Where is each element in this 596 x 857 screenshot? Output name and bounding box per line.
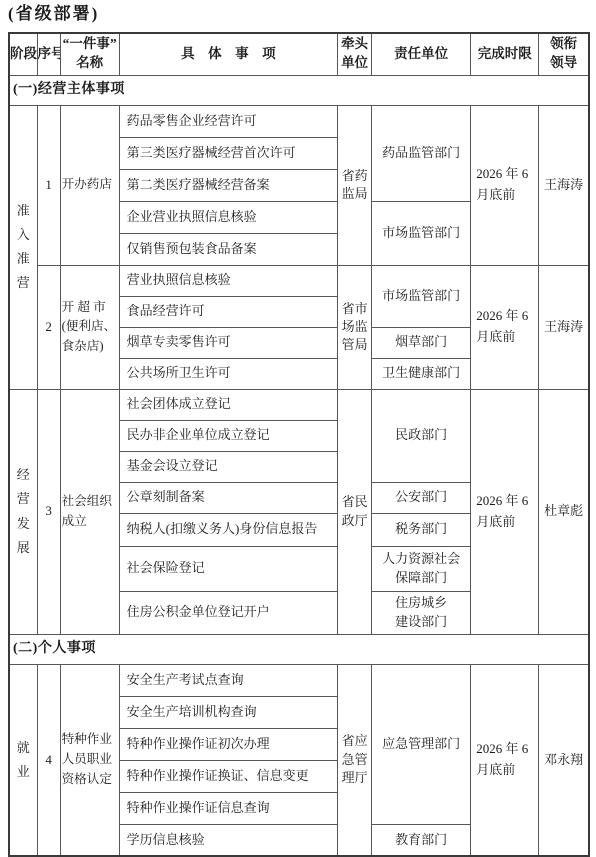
responsible-unit-cell: 市场监管部门 xyxy=(372,265,471,327)
col-header-name: “一件事” 名称 xyxy=(60,33,119,75)
section-row: (二)个人事项 xyxy=(9,634,589,664)
leader-cell: 杜章彪 xyxy=(539,389,589,634)
responsible-unit-cell: 教育部门 xyxy=(372,824,471,856)
responsible-unit-cell: 税务部门 xyxy=(372,513,471,546)
stage-cell: 就业 xyxy=(9,664,37,856)
table-row: 经营发展 3 社会组织 成立 社会团体成立登记 省民 政厅 民政部门 2026 … xyxy=(9,389,589,420)
name-cell: 开 超 市 (便利店、 食杂店) xyxy=(60,265,119,389)
name-cell: 特种作业 人员职业 资格认定 xyxy=(60,664,119,856)
seq-cell: 2 xyxy=(37,265,60,389)
lead-unit-cell: 省药 监局 xyxy=(338,105,372,265)
stage-label: 准入准营 xyxy=(16,199,31,295)
deadline-cell: 2026 年 6 月底前 xyxy=(471,664,539,856)
responsible-unit-cell: 住房城乡 建设部门 xyxy=(372,591,471,634)
name-cell: 社会组织 成立 xyxy=(60,389,119,634)
item-cell: 社会保险登记 xyxy=(119,546,337,591)
table-row: 就业 4 特种作业 人员职业 资格认定 安全生产考试点查询 省应 急管 理厅 应… xyxy=(9,664,589,696)
item-cell: 企业营业执照信息核验 xyxy=(119,201,337,233)
deployment-table: 阶段 序号 “一件事” 名称 具 体 事 项 牵头 单位 责任单位 完成时限 领… xyxy=(8,32,590,857)
stage-label: 就业 xyxy=(16,736,31,784)
item-cell: 安全生产培训机构查询 xyxy=(119,696,337,728)
page-title: (省级部署) xyxy=(8,4,590,24)
seq-cell: 4 xyxy=(37,664,60,856)
responsible-unit-cell: 应急管理部门 xyxy=(372,664,471,824)
item-cell: 药品零售企业经营许可 xyxy=(119,105,337,137)
col-header-item: 具 体 事 项 xyxy=(119,33,337,75)
item-cell: 社会团体成立登记 xyxy=(119,389,337,420)
deadline-cell: 2026 年 6 月底前 xyxy=(471,105,539,265)
responsible-unit-cell: 公安部门 xyxy=(372,482,471,513)
col-header-seq: 序号 xyxy=(37,33,60,75)
table-row: 2 开 超 市 (便利店、 食杂店) 营业执照信息核验 省市 场监 管局 市场监… xyxy=(9,265,589,296)
col-header-deadline: 完成时限 xyxy=(471,33,539,75)
deadline-cell: 2026 年 6 月底前 xyxy=(471,265,539,389)
item-cell: 公共场所卫生许可 xyxy=(119,358,337,389)
item-cell: 住房公积金单位登记开户 xyxy=(119,591,337,634)
item-cell: 第三类医疗器械经营首次许可 xyxy=(119,137,337,169)
col-header-lead-unit: 牵头 单位 xyxy=(338,33,372,75)
section-label: (二)个人事项 xyxy=(9,634,589,664)
header-row: 阶段 序号 “一件事” 名称 具 体 事 项 牵头 单位 责任单位 完成时限 领… xyxy=(9,33,589,75)
lead-unit-cell: 省应 急管 理厅 xyxy=(338,664,372,856)
leader-cell: 邓永翔 xyxy=(539,664,589,856)
responsible-unit-cell: 民政部门 xyxy=(372,389,471,482)
seq-cell: 3 xyxy=(37,389,60,634)
item-cell: 第二类医疗器械经营备案 xyxy=(119,169,337,201)
stage-cell: 经营发展 xyxy=(9,389,37,634)
item-cell: 营业执照信息核验 xyxy=(119,265,337,296)
leader-cell: 王海涛 xyxy=(539,265,589,389)
col-header-stage: 阶段 xyxy=(9,33,37,75)
table-row: 准入准营 1 开办药店 药品零售企业经营许可 省药 监局 药品监管部门 2026… xyxy=(9,105,589,137)
responsible-unit-cell: 市场监管部门 xyxy=(372,201,471,265)
section-row: (一)经营主体事项 xyxy=(9,75,589,105)
item-cell: 纳税人(扣缴义务人)身份信息报告 xyxy=(119,513,337,546)
lead-unit-cell: 省市 场监 管局 xyxy=(338,265,372,389)
responsible-unit-cell: 药品监管部门 xyxy=(372,105,471,201)
stage-label: 经营发展 xyxy=(16,463,31,559)
deadline-cell: 2026 年 6 月底前 xyxy=(471,389,539,634)
item-cell: 特种作业操作证信息查询 xyxy=(119,792,337,824)
item-cell: 学历信息核验 xyxy=(119,824,337,856)
document-page: (省级部署) 阶段 序号 “一件事” 名称 具 体 事 项 牵头 单位 责任单位… xyxy=(0,0,596,857)
responsible-unit-cell: 卫生健康部门 xyxy=(372,358,471,389)
item-cell: 基金会设立登记 xyxy=(119,451,337,482)
stage-cell: 准入准营 xyxy=(9,105,37,389)
name-cell: 开办药店 xyxy=(60,105,119,265)
item-cell: 特种作业操作证初次办理 xyxy=(119,728,337,760)
item-cell: 公章刻制备案 xyxy=(119,482,337,513)
seq-cell: 1 xyxy=(37,105,60,265)
item-cell: 民办非企业单位成立登记 xyxy=(119,420,337,451)
col-header-leader: 领衔 领导 xyxy=(539,33,589,75)
item-cell: 仅销售预包装食品备案 xyxy=(119,233,337,265)
item-cell: 安全生产考试点查询 xyxy=(119,664,337,696)
item-cell: 烟草专卖零售许可 xyxy=(119,327,337,358)
section-label: (一)经营主体事项 xyxy=(9,75,589,105)
col-header-responsible-unit: 责任单位 xyxy=(372,33,471,75)
item-cell: 特种作业操作证换证、信息变更 xyxy=(119,760,337,792)
lead-unit-cell: 省民 政厅 xyxy=(338,389,372,634)
item-cell: 食品经营许可 xyxy=(119,296,337,327)
responsible-unit-cell: 烟草部门 xyxy=(372,327,471,358)
leader-cell: 王海涛 xyxy=(539,105,589,265)
responsible-unit-cell: 人力资源社会 保障部门 xyxy=(372,546,471,591)
